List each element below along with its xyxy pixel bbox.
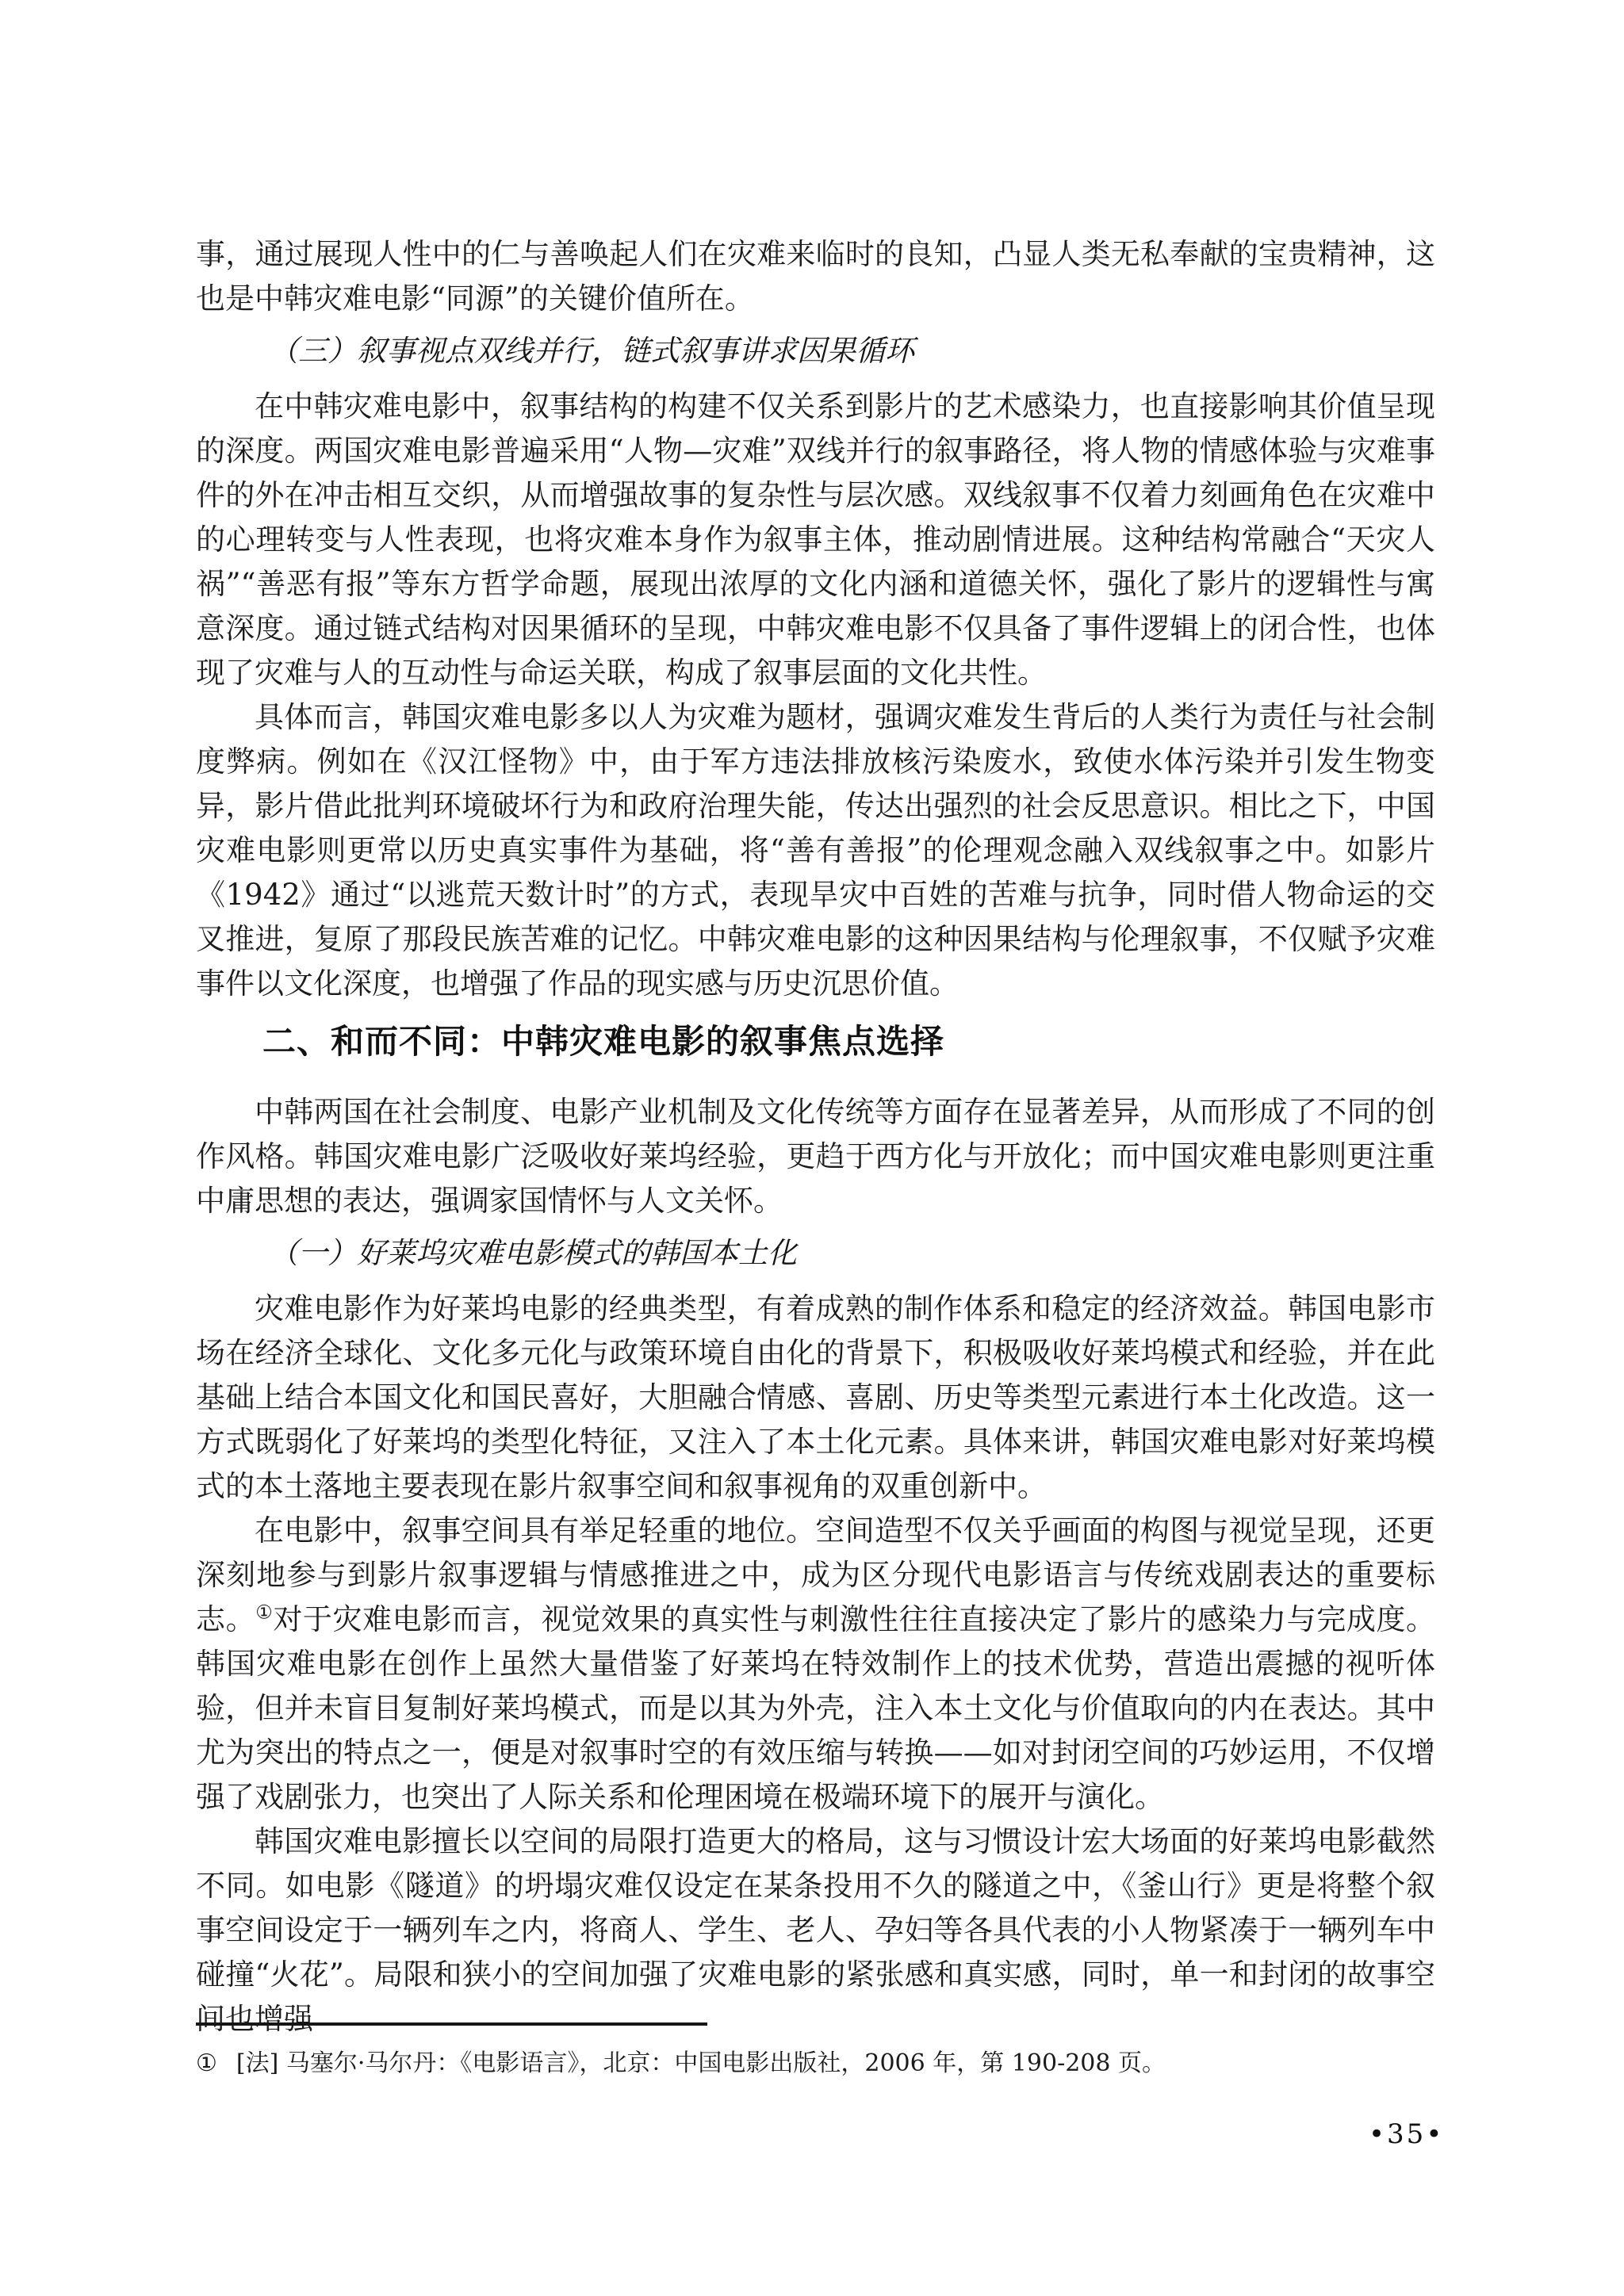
page-body: 事，通过展现人性中的仁与善唤起人们在灾难来临时的良知，凸显人类无私奉献的宝贵精神… (196, 232, 1435, 2042)
footnote-marker: ① (196, 2045, 217, 2082)
footnote: ① [法] 马塞尔·马尔丹：《电影语言》，北京：中国电影出版社，2006 年，第… (196, 2045, 1435, 2082)
footnote-reference-1: ① (255, 1601, 273, 1624)
paragraph-hollywood-localization: 灾难电影作为好莱坞电影的经典类型，有着成熟的制作体系和稳定的经济效益。韩国电影市… (196, 1287, 1435, 1509)
footnote-text: [法] 马塞尔·马尔丹：《电影语言》，北京：中国电影出版社，2006 年，第 1… (236, 2045, 1435, 2082)
page-number: •35• (1369, 2118, 1444, 2150)
paragraph-narrative-space: 在电影中，叙事空间具有举足轻重的地位。空间造型不仅关乎画面的构图与视觉呈现，还更… (196, 1509, 1435, 1820)
paragraph-space-limitation: 韩国灾难电影擅长以空间的局限打造更大的格局，这与习惯设计宏大场面的好莱坞电影截然… (196, 1820, 1435, 2042)
paragraph-narrative-space-text-after: 对于灾难电影而言，视觉效果的真实性与刺激性往往直接决定了影片的感染力与完成度。韩… (196, 1602, 1435, 1814)
subsection-heading-3: （三）叙事视点双线并行，链式叙事讲求因果循环 (196, 329, 1435, 373)
footnote-divider (196, 2022, 707, 2026)
subsection-heading-1: （一）好莱坞灾难电影模式的韩国本土化 (196, 1231, 1435, 1276)
section-heading-main: 二、和而不同：中韩灾难电影的叙事焦点选择 (196, 1017, 1435, 1066)
paragraph-examples: 具体而言，韩国灾难电影多以人为灾难为题材，强调灾难发生背后的人类行为责任与社会制… (196, 695, 1435, 1006)
paragraph-continuation: 事，通过展现人性中的仁与善唤起人们在灾难来临时的良知，凸显人类无私奉献的宝贵精神… (196, 232, 1435, 321)
document-page: 事，通过展现人性中的仁与善唤起人们在灾难来临时的良知，凸显人类无私奉献的宝贵精神… (0, 0, 1624, 2296)
paragraph-narrative-structure: 在中韩灾难电影中，叙事结构的构建不仅关系到影片的艺术感染力，也直接影响其价值呈现… (196, 385, 1435, 695)
paragraph-differences: 中韩两国在社会制度、电影产业机制及文化传统等方面存在显著差异，从而形成了不同的创… (196, 1090, 1435, 1223)
